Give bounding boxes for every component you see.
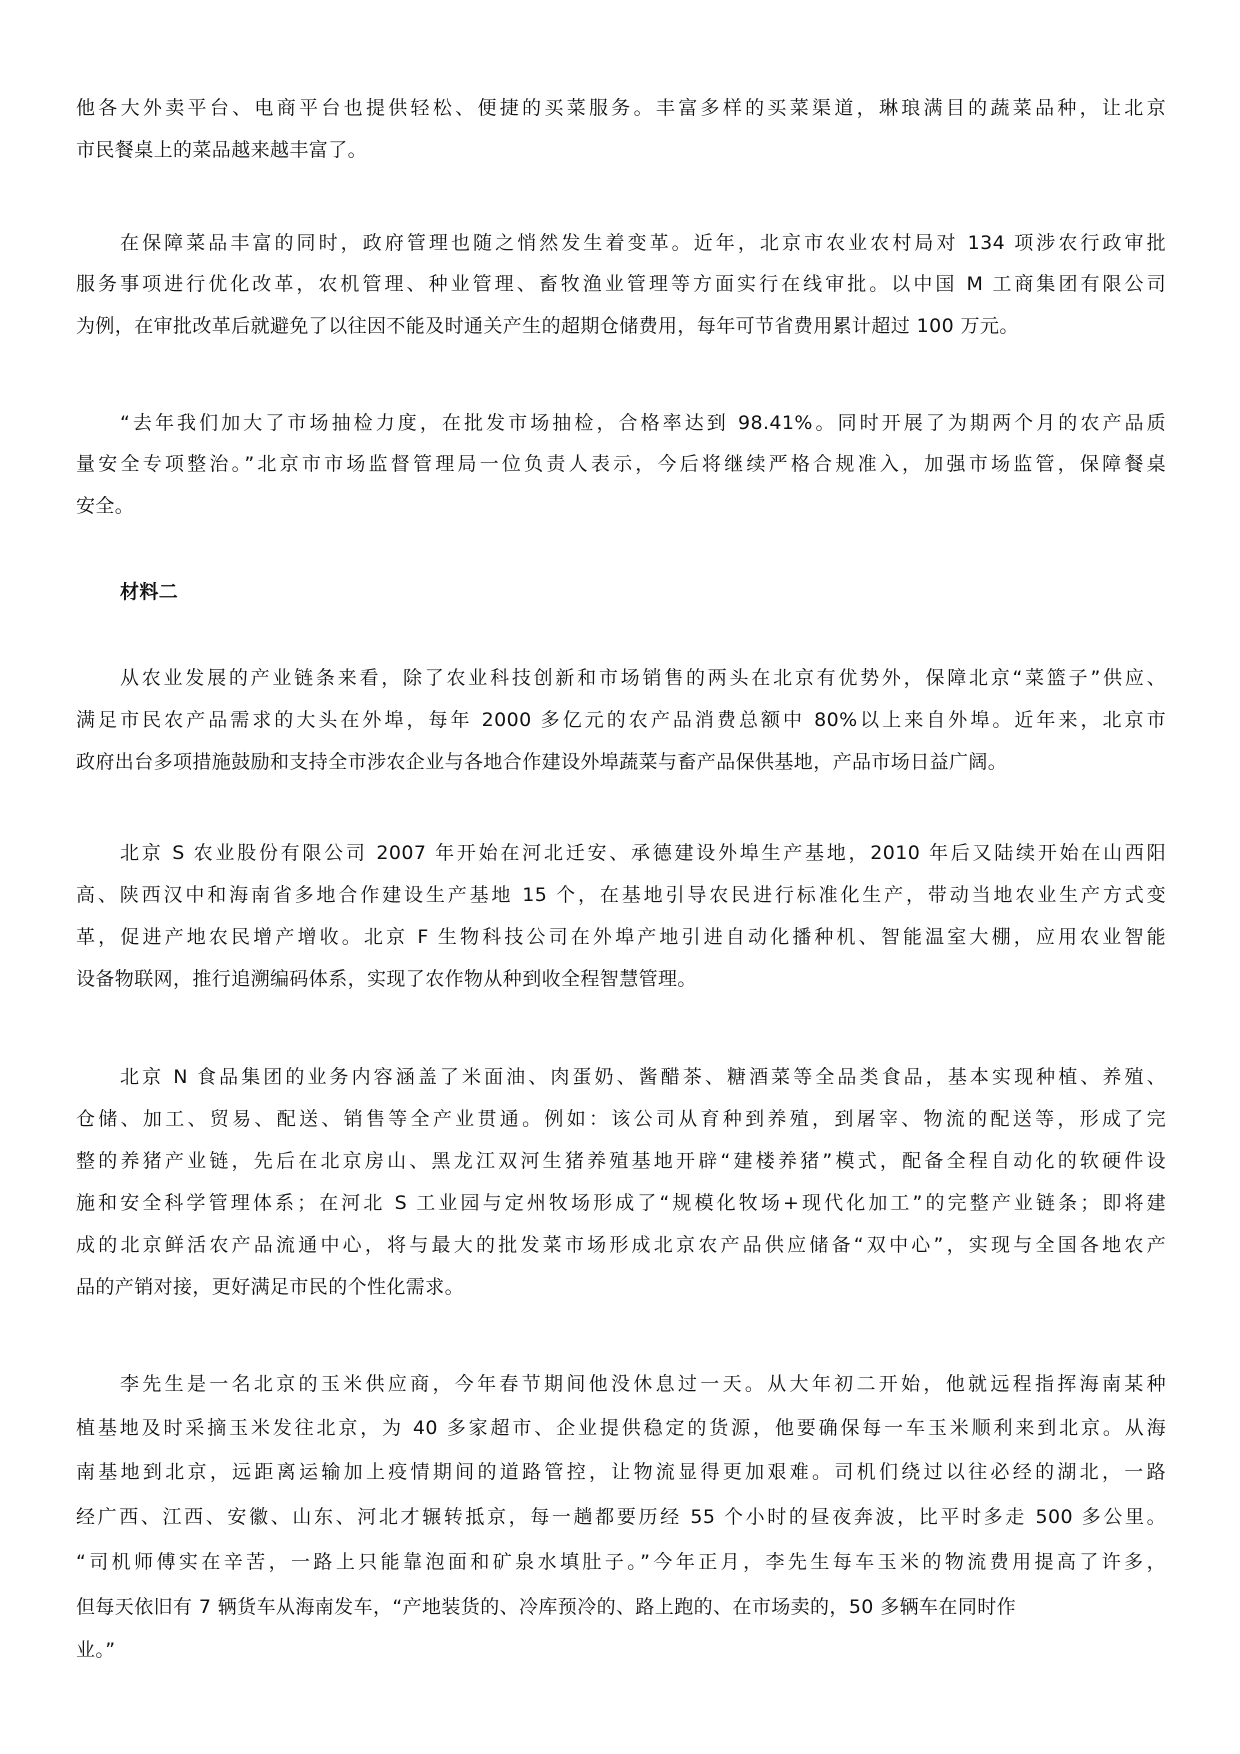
text-line: 品的产销对接，更好满足市民的个性化需求。 xyxy=(76,1272,1166,1302)
text-line: 满足市民农产品需求的大头在外埠，每年 2000 多亿元的农产品消费总额中 80%… xyxy=(76,705,1166,735)
text-line: 高、陕西汉中和海南省多地合作建设生产基地 15 个，在基地引导农民进行标准化生产… xyxy=(76,880,1166,910)
text-line: 植基地及时采摘玉米发往北京，为 40 多家超市、企业提供稳定的货源，他要确保每一… xyxy=(76,1413,1166,1443)
text-line: 成的北京鲜活农产品流通中心，将与最大的批发菜市场形成北京农产品供应储备“双中心”… xyxy=(76,1230,1166,1260)
text-line: 北京 N 食品集团的业务内容涵盖了米面油、肉蛋奶、酱醋茶、糖酒菜等全品类食品，基… xyxy=(120,1062,1166,1092)
text-line: 整的养猪产业链，先后在北京房山、黑龙江双河生猪养殖基地开辟“建楼养猪”模式，配备… xyxy=(76,1146,1166,1176)
text-line: “司机师傅实在辛苦，一路上只能靠泡面和矿泉水填肚子。”今年正月，李先生每车玉米的… xyxy=(76,1547,1166,1577)
text-line: 设备物联网，推行追溯编码体系，实现了农作物从种到收全程智慧管理。 xyxy=(76,964,1166,994)
text-line: 施和安全科学管理体系；在河北 S 工业园与定州牧场形成了“规模化牧场+现代化加工… xyxy=(76,1188,1166,1218)
text-line: 市民餐桌上的菜品越来越丰富了。 xyxy=(76,135,1166,165)
text-line: 安全。 xyxy=(76,491,1166,521)
text-line: 南基地到北京，远距离运输加上疫情期间的道路管控，让物流显得更加艰难。司机们绕过以… xyxy=(76,1457,1166,1487)
text-line: 北京 S 农业股份有限公司 2007 年开始在河北迁安、承德建设外埠生产基地，2… xyxy=(120,838,1166,868)
text-line: 为例，在审批改革后就避免了以往因不能及时通关产生的超期仓储费用，每年可节省费用累… xyxy=(76,311,1166,341)
text-line: 在保障菜品丰富的同时，政府管理也随之悄然发生着变革。近年，北京市农业农村局对 1… xyxy=(120,228,1166,258)
text-line: 业。” xyxy=(76,1635,1166,1665)
text-line: 但每天依旧有 7 辆货车从海南发车，“产地装货的、冷库预冷的、路上跑的、在市场卖… xyxy=(76,1592,1166,1622)
text-line: “去年我们加大了市场抽检力度，在批发市场抽检，合格率达到 98.41%。同时开展… xyxy=(120,408,1166,438)
text-line: 政府出台多项措施鼓励和支持全市涉农企业与各地合作建设外埠蔬菜与畜产品保供基地，产… xyxy=(76,747,1166,777)
text-line: 量安全专项整治。”北京市市场监督管理局一位负责人表示，今后将继续严格合规准入，加… xyxy=(76,449,1166,479)
text-line: 革，促进产地农民增产增收。北京 F 生物科技公司在外埠产地引进自动化播种机、智能… xyxy=(76,922,1166,952)
text-line: 仓储、加工、贸易、配送、销售等全产业贯通。例如：该公司从育种到养殖，到屠宰、物流… xyxy=(76,1104,1166,1134)
document-page: 他各大外卖平台、电商平台也提供轻松、便捷的买菜服务。丰富多样的买菜渠道，琳琅满目… xyxy=(0,0,1240,1754)
text-line: 从农业发展的产业链条来看，除了农业科技创新和市场销售的两头在北京有优势外，保障北… xyxy=(120,663,1166,693)
section-heading: 材料二 xyxy=(120,577,1166,607)
text-line: 经广西、江西、安徽、山东、河北才辗转抵京，每一趟都要历经 55 个小时的昼夜奔波… xyxy=(76,1502,1166,1532)
text-line: 服务事项进行优化改革，农机管理、种业管理、畜牧渔业管理等方面实行在线审批。以中国… xyxy=(76,269,1166,299)
text-line: 李先生是一名北京的玉米供应商，今年春节期间他没休息过一天。从大年初二开始，他就远… xyxy=(120,1369,1166,1399)
text-line: 他各大外卖平台、电商平台也提供轻松、便捷的买菜服务。丰富多样的买菜渠道，琳琅满目… xyxy=(76,93,1166,123)
